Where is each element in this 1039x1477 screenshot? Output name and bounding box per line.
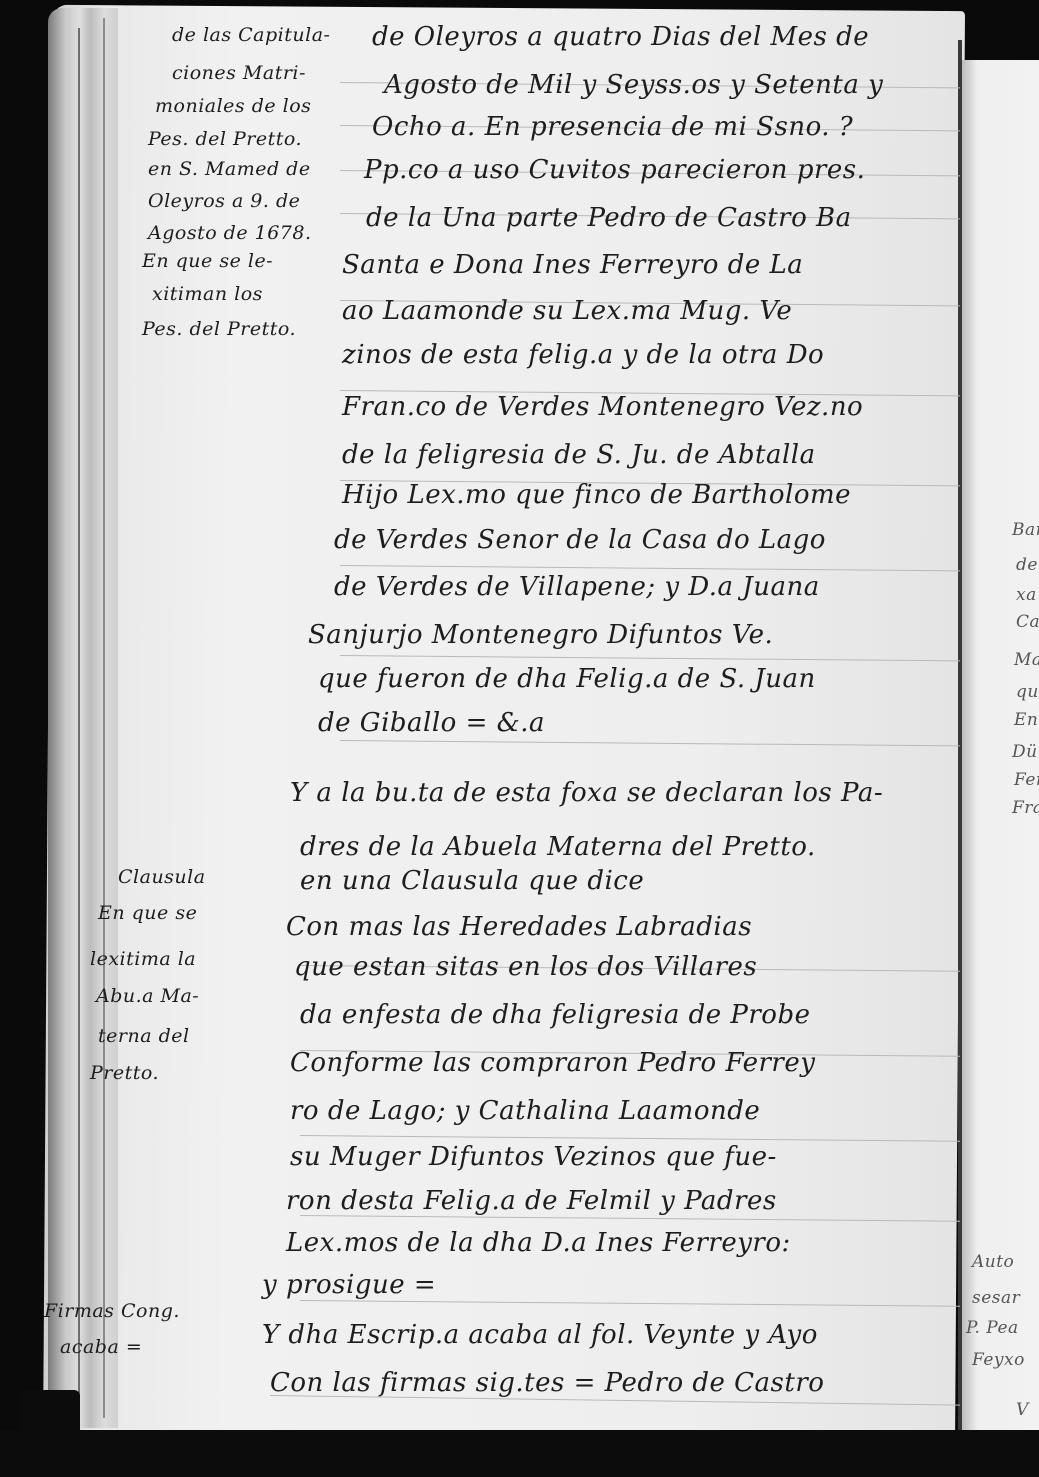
- text-line: en una Clausula que dice: [300, 866, 644, 896]
- text-line: Con las firmas sig.tes = Pedro de Castro: [270, 1368, 824, 1398]
- fragment-line: xa: [1016, 585, 1037, 605]
- text-line: ro de Lago; y Cathalina Laamonde: [290, 1096, 760, 1126]
- fragment-line: P. Pea: [966, 1318, 1019, 1338]
- text-line: dres de la Abuela Materna del Pretto.: [300, 832, 816, 862]
- text-line: de Oleyros a quatro Dias del Mes de: [372, 22, 869, 52]
- fragment-line: Dü: [1012, 742, 1038, 762]
- margin-line: Oleyros a 9. de: [148, 190, 300, 212]
- text-line: ron desta Felig.a de Felmil y Padres: [286, 1186, 777, 1216]
- text-line: Sanjurjo Montenegro Difuntos Ve.: [308, 620, 773, 650]
- fragment-line: Feyxo: [972, 1350, 1025, 1370]
- margin-line: En que se le-: [142, 250, 273, 272]
- text-line: de la feligresia de S. Ju. de Abtalla: [342, 440, 816, 470]
- fragment-line: Fer: [1014, 770, 1039, 790]
- text-line: de Verdes Senor de la Casa do Lago: [334, 525, 826, 555]
- text-line: Con mas las Heredades Labradias: [286, 912, 752, 942]
- text-line: ao Laamonde su Lex.ma Mug. Ve: [342, 296, 792, 326]
- fragment-line: qu: [1016, 682, 1039, 702]
- margin-line: moniales de los: [155, 95, 311, 117]
- text-line: da enfesta de dha feligresia de Probe: [300, 1000, 810, 1030]
- fragment-line: Bar: [1012, 520, 1039, 540]
- margin-line: Agosto de 1678.: [148, 222, 312, 244]
- margin-line: Pretto.: [90, 1062, 159, 1084]
- text-line: Agosto de Mil y Seyss.os y Setenta y: [384, 70, 883, 100]
- margin-line: Clausula: [118, 866, 206, 888]
- edge-line: [78, 28, 80, 1418]
- margin-line: acaba =: [60, 1336, 142, 1358]
- margin-line: Abu.a Ma-: [96, 985, 199, 1007]
- margin-line: terna del: [98, 1025, 190, 1047]
- fragment-line: sesar: [972, 1288, 1020, 1308]
- margin-line: de las Capitula-: [172, 24, 330, 46]
- text-line: Hijo Lex.mo que finco de Bartholome: [342, 480, 851, 510]
- text-line: de Giballo = &.a: [318, 708, 545, 738]
- text-line: Y dha Escrip.a acaba al fol. Veynte y Ay…: [262, 1320, 818, 1350]
- margin-line: Pes. del Pretto.: [142, 318, 296, 340]
- fragment-line: Ma: [1014, 650, 1039, 670]
- fragment-line: En: [1014, 710, 1038, 730]
- text-line: zinos de esta felig.a y de la otra Do: [342, 340, 824, 370]
- margin-line: Firmas Cong.: [44, 1300, 180, 1322]
- margin-line: en S. Mamed de: [148, 158, 311, 180]
- fragment-line: Fra: [1012, 798, 1039, 818]
- fragment-line: Auto: [972, 1252, 1014, 1272]
- text-line: Lex.mos de la dha D.a Ines Ferreyro:: [286, 1228, 791, 1258]
- text-line: Ocho a. En presencia de mi Ssno. ?: [372, 112, 853, 142]
- text-line: su Muger Difuntos Vezinos que fue-: [290, 1142, 777, 1172]
- margin-line: Pes. del Pretto.: [148, 128, 302, 150]
- bottom-shadow: [0, 1430, 1039, 1477]
- text-line: Fran.co de Verdes Montenegro Vez.no: [342, 392, 863, 422]
- text-line: Santa e Dona Ines Ferreyro de La: [342, 250, 803, 280]
- text-line: Pp.co a uso Cuvitos parecieron pres.: [364, 155, 865, 185]
- text-line: Y a la bu.ta de esta foxa se declaran lo…: [290, 778, 883, 808]
- margin-line: xitiman los: [152, 283, 263, 305]
- text-line: de la Una parte Pedro de Castro Ba: [366, 203, 852, 233]
- text-line: que estan sitas en los dos Villares: [294, 952, 757, 982]
- binding-gutter: [958, 40, 962, 1477]
- fragment-line: V: [1016, 1400, 1029, 1420]
- text-line: que fueron de dha Felig.a de S. Juan: [318, 664, 816, 694]
- page-edge-stack: [48, 8, 118, 1428]
- margin-line: lexitima la: [90, 948, 196, 970]
- text-line: y prosigue =: [262, 1270, 436, 1300]
- text-line: Conforme las compraron Pedro Ferrey: [290, 1048, 815, 1078]
- fragment-line: de: [1016, 555, 1038, 575]
- margin-line: ciones Matri-: [172, 62, 306, 84]
- edge-line: [103, 18, 105, 1418]
- fragment-line: Ca: [1016, 612, 1039, 632]
- text-line: de Verdes de Villapene; y D.a Juana: [334, 572, 820, 602]
- margin-line: En que se: [98, 902, 197, 924]
